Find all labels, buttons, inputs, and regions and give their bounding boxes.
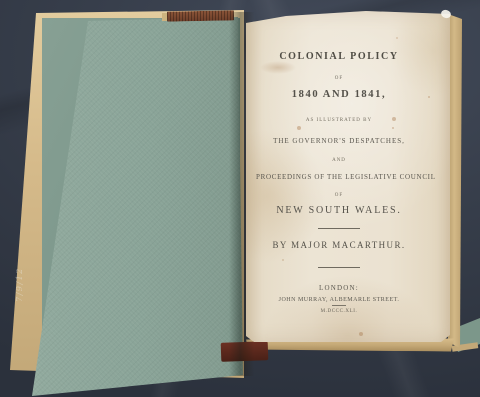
fore-edge [448,12,462,348]
title-page-text: COLONIAL POLICY OF 1840 AND 1841, AS ILL… [256,11,422,342]
book-photo: 7/9/12 COLONIAL POLICY OF 1840 AND 1841,… [0,0,480,397]
illustrated-by-line: AS ILLUSTRATED BY [256,118,422,123]
imprint-city: LONDON: [256,285,422,292]
new-south-wales-line: NEW SOUTH WALES. [256,206,422,216]
imprint-publisher: JOHN MURRAY, ALBEMARLE STREET. [256,297,422,303]
imprint-rule [332,305,346,306]
byline: BY MAJOR MACARTHUR. [256,241,422,250]
title-of-upper: OF [256,76,422,81]
conjunction-line: AND [256,158,422,163]
divider-rule-upper [318,228,360,229]
despatches-line: THE GOVERNOR'S DESPATCHES, [256,138,422,145]
imprint-year: M.DCCC.XLI. [256,309,422,314]
proceedings-line: PROCEEDINGS OF THE LEGISLATIVE COUNCIL [256,174,422,181]
pencil-inscription: 7/9/12 [15,238,24,302]
spine-headcap [167,10,234,21]
title-page: COLONIAL POLICY OF 1840 AND 1841, AS ILL… [246,11,450,342]
title-years: 1840 AND 1841, [256,90,422,101]
title-of-lower: OF [256,193,422,198]
divider-rule-lower [318,267,360,268]
book-title: COLONIAL POLICY [256,52,422,62]
